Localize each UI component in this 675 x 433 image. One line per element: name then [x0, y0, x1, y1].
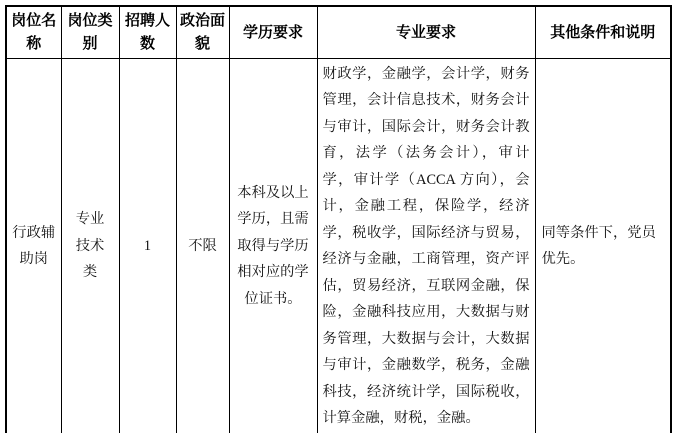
table-header-row: 岗位名称 岗位类别 招聘人数 政治面貌 学历要求 专业要求 其他条件和说明 — [6, 6, 671, 58]
cell-post-name: 行政辅助岗 — [6, 58, 61, 433]
header-education-requirement: 学历要求 — [229, 6, 317, 58]
job-posting-table: 岗位名称 岗位类别 招聘人数 政治面貌 学历要求 专业要求 其他条件和说明 行政… — [5, 5, 672, 433]
cell-education-requirement: 本科及以上学历，且需取得与学历相对应的学位证书。 — [229, 58, 317, 433]
header-recruit-count: 招聘人数 — [119, 6, 176, 58]
header-post-category: 岗位类别 — [61, 6, 119, 58]
cell-major-requirement: 财政学，金融学，会计学，财务管理，会计信息技术，财务会计与审计，国际会计，财务会… — [317, 58, 535, 433]
header-major-requirement: 专业要求 — [317, 6, 535, 58]
cell-post-category: 专业技术类 — [61, 58, 119, 433]
header-post-name: 岗位名称 — [6, 6, 61, 58]
page: 岗位名称 岗位类别 招聘人数 政治面貌 学历要求 专业要求 其他条件和说明 行政… — [0, 0, 675, 433]
header-political-status: 政治面貌 — [176, 6, 229, 58]
header-other-conditions: 其他条件和说明 — [535, 6, 671, 58]
cell-other-conditions: 同等条件下，党员优先。 — [535, 58, 671, 433]
table-row: 行政辅助岗 专业技术类 1 不限 本科及以上学历，且需取得与学历相对应的学位证书… — [6, 58, 671, 433]
cell-recruit-count: 1 — [119, 58, 176, 433]
cell-political-status: 不限 — [176, 58, 229, 433]
